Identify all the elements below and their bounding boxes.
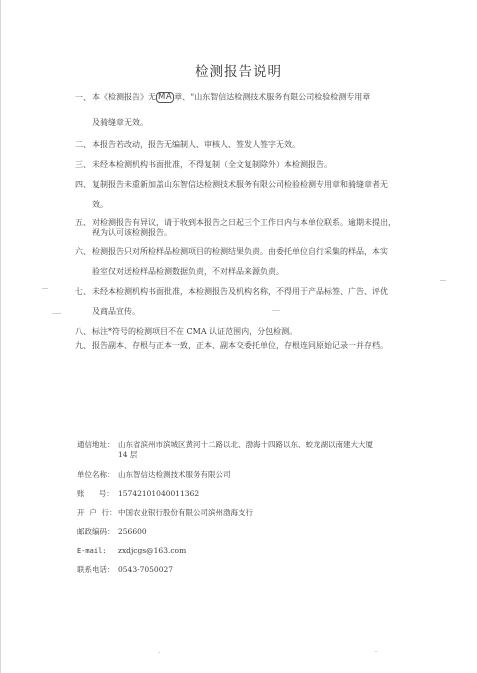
postcode-label: 邮政编码： bbox=[77, 527, 118, 536]
clause-7: 七、未经本检测机构书面批准，本检测报告及机构名称，不得用于产品标签、广告、评优 bbox=[75, 287, 415, 296]
clause-text: 标注*符号的检测项目不在 CMA 认证范围内，分包检测。 bbox=[92, 327, 297, 336]
clause-number: 七、 bbox=[75, 287, 92, 296]
clause-text: 本《检测报告》无 bbox=[92, 93, 156, 102]
clause-text: 报告副本、存根与正本一致，正本、副本交委托单位，存根连同原始记录一并存档。 bbox=[92, 341, 388, 350]
contact-bank: 开 户 行：中国农业银行股份有限公司滨州渤海支行 bbox=[77, 508, 253, 517]
account-label: 账 号： bbox=[77, 489, 118, 498]
clause-continuation-text: 验室仅对送检样品检测数据负责，不对样品来源负责。 bbox=[92, 267, 284, 276]
clause-2: 二、本报告若改动，报告无编制人、审核人、签发人签字无效。 bbox=[75, 140, 415, 149]
address-label: 通信地址： bbox=[77, 440, 118, 449]
account-value: 15742101040011362 bbox=[118, 489, 199, 498]
phone-value: 0543-7050027 bbox=[118, 565, 173, 574]
clause-number: 二、 bbox=[75, 140, 92, 149]
clause-text-continued: 章、“山东智信达检测技术服务有限公司检验检测专用章 bbox=[174, 93, 370, 102]
scan-artifact bbox=[375, 651, 377, 652]
clause-8: 八、标注*符号的检测项目不在 CMA 认证范围内，分包检测。 bbox=[75, 327, 415, 336]
clause-text: 未经本检测机构书面批准，不得复制（全文复制除外）本检测报告。 bbox=[92, 160, 332, 169]
clause-text: 未经本检测机构书面批准，本检测报告及机构名称，不得用于产品标签、广告、评优 bbox=[92, 287, 388, 296]
scan-artifact bbox=[272, 310, 280, 311]
clause-number: 一、 bbox=[75, 93, 92, 102]
clause-number: 三、 bbox=[75, 160, 92, 169]
contact-account: 账 号：15742101040011362 bbox=[77, 489, 199, 498]
cma-stamp-icon: MA bbox=[156, 92, 174, 103]
contact-company: 单位名称：山东智信达检测技术服务有限公司 bbox=[77, 470, 231, 479]
scan-artifact bbox=[158, 652, 160, 653]
clause-number: 九、 bbox=[75, 341, 92, 350]
clause-1: 一、本《检测报告》无MA章、“山东智信达检测技术服务有限公司检验检测专用章 bbox=[75, 92, 415, 103]
clause-text: 检测报告只对所检样品检测项目的检测结果负责。由委托单位自行采集的样品，本实 bbox=[92, 247, 388, 256]
clause-continuation-text: 及骑缝章无效。 bbox=[92, 118, 148, 127]
clause-text: 对检测报告有异议，请于收到本报告之日起三个工作日内与本单位联系。逾期未提出， bbox=[92, 218, 396, 227]
bank-label: 开 户 行： bbox=[77, 508, 118, 517]
clause-continuation-text: 效。 bbox=[92, 200, 108, 209]
clause-number: 六、 bbox=[75, 247, 92, 256]
email-value: zxdjcgs@163.com bbox=[118, 546, 186, 555]
clause-5: 五、对检测报告有异议，请于收到本报告之日起三个工作日内与本单位联系。逾期未提出， bbox=[75, 218, 415, 227]
page-edge bbox=[0, 0, 1, 673]
company-value: 山东智信达检测技术服务有限公司 bbox=[118, 470, 231, 479]
clause-6: 六、检测报告只对所检样品检测项目的检测结果负责。由委托单位自行采集的样品，本实 bbox=[75, 247, 415, 256]
contact-address: 通信地址：山东省滨州市滨城区黄河十二路以北、渤海十四路以东、蛟龙湖以南建大大厦 … bbox=[77, 440, 373, 449]
bank-value: 中国农业银行股份有限公司滨州渤海支行 bbox=[118, 508, 253, 517]
contact-phone: 联系电话：0543-7050027 bbox=[77, 565, 173, 574]
email-label: E-mail: bbox=[77, 547, 118, 556]
clause-4: 四、复制报告未重新加盖山东智信达检测技术服务有限公司检验检测专用章和骑缝章者无 bbox=[75, 180, 415, 189]
scan-artifact bbox=[52, 313, 61, 314]
scan-artifact bbox=[42, 288, 48, 289]
clause-text: 本报告若改动，报告无编制人、审核人、签发人签字无效。 bbox=[92, 140, 300, 149]
address-value: 山东省滨州市滨城区黄河十二路以北、渤海十四路以东、蛟龙湖以南建大大厦 bbox=[118, 440, 373, 449]
clause-number: 八、 bbox=[75, 327, 92, 336]
clause-number: 四、 bbox=[75, 180, 92, 189]
document-title: 检测报告说明 bbox=[0, 60, 477, 80]
clause-text: 复制报告未重新加盖山东智信达检测技术服务有限公司检验检测专用章和骑缝章者无 bbox=[92, 180, 388, 189]
postcode-value: 256600 bbox=[118, 527, 147, 536]
scan-artifact bbox=[440, 280, 446, 281]
clause-number: 五、 bbox=[75, 218, 92, 227]
company-label: 单位名称： bbox=[77, 470, 118, 479]
clause-3: 三、未经本检测机构书面批准，不得复制（全文复制除外）本检测报告。 bbox=[75, 160, 415, 169]
contact-postcode: 邮政编码：256600 bbox=[77, 527, 147, 536]
address-value-line2: 14 层 bbox=[118, 450, 137, 459]
phone-label: 联系电话： bbox=[77, 565, 118, 574]
clause-continuation-text: 视为认可该检测报告。 bbox=[92, 228, 172, 237]
contact-email: E-mail:zxdjcgs@163.com bbox=[77, 546, 186, 556]
clause-continuation-text: 及商品宣传。 bbox=[92, 307, 140, 316]
clause-9: 九、报告副本、存根与正本一致，正本、副本交委托单位，存根连同原始记录一并存档。 bbox=[75, 341, 415, 350]
